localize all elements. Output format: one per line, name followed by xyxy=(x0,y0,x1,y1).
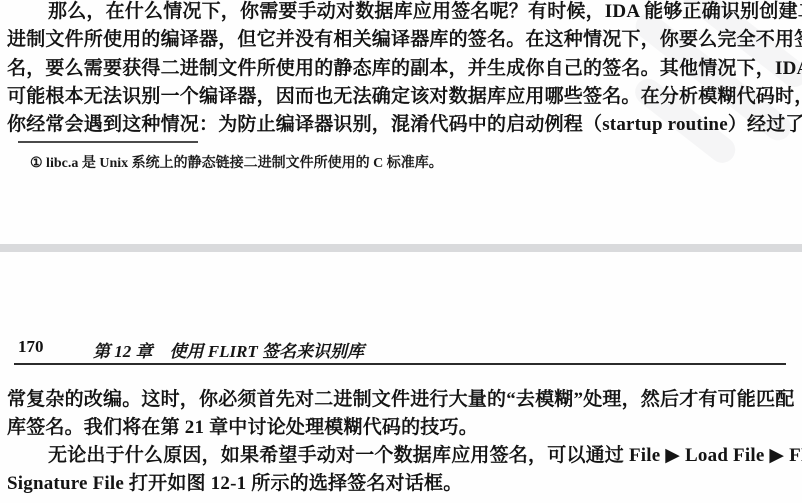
body-text-line: 无论出于什么原因，如果希望手动对一个数据库应用签名，可以通过 File ▶ Lo… xyxy=(48,445,802,467)
footnote: ① libc.a 是 Unix 系统上的静态链接二进制文件所使用的 C 标准库。 xyxy=(30,152,443,172)
page-gap-divider xyxy=(0,244,802,252)
body-text-line: 你经常会遇到这种情况：为防止编译器识别，混淆代码中的启动例程（startup r… xyxy=(7,114,802,136)
running-head-rule xyxy=(14,363,786,365)
body-text-line: Signature File 打开如图 12-1 所示的选择签名对话框。 xyxy=(7,473,462,495)
body-text-line: 那么，在什么情况下，你需要手动对数据库应用签名呢？有时候，IDA 能够正确识别创… xyxy=(48,1,802,23)
body-text-line: 可能根本无法识别一个编译器，因而也无法确定该对数据库应用哪些签名。在分析模糊代码… xyxy=(7,86,802,108)
body-text-line: 进制文件所使用的编译器，但它并没有相关编译器库的签名。在这种情况下，你要么完全不… xyxy=(7,29,802,51)
page-number: 170 xyxy=(18,337,44,357)
scanned-book-page: 那么，在什么情况下，你需要手动对数据库应用签名呢？有时候，IDA 能够正确识别创… xyxy=(0,0,802,503)
footnote-divider xyxy=(18,141,198,143)
chapter-running-head: 第 12 章 使用 FLIRT 签名来识别库 xyxy=(93,337,364,362)
body-text-line: 名，要么需要获得二进制文件所使用的静态库的副本，并生成你自己的签名。其他情况下，… xyxy=(7,58,802,80)
body-text-line: 常复杂的改编。这时，你必须首先对二进制文件进行大量的“去模糊”处理，然后才有可能… xyxy=(7,389,794,411)
body-text-line: 库签名。我们将在第 21 章中讨论处理模糊代码的技巧。 xyxy=(7,417,478,439)
